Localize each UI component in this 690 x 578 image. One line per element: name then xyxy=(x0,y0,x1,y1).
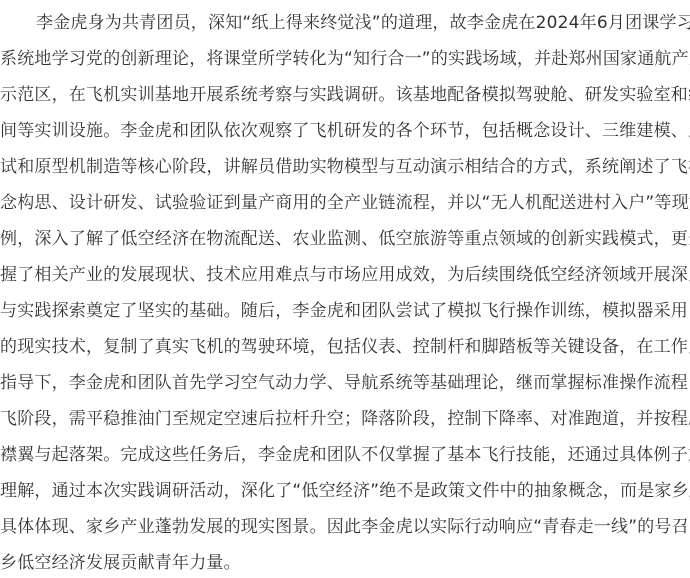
paragraph-line: 握了相关产业的发展现状、技术应用难点与市场应用成效，为后续围绕低空经济领域开展深… xyxy=(0,257,690,293)
paragraph-line: 试和原型机制造等核心阶段，讲解员借助实物模型与互动演示相结合的方式，系统阐述了飞… xyxy=(0,149,690,185)
paragraph-line: 念构思、设计研发、试验验证到量产商用的全产业链流程，并以“无人机配送进村入户”等… xyxy=(0,185,690,221)
article-body: 李金虎身为共青团员，深知“纸上得来终觉浅”的道理，故李金虎在2024年6月团课学… xyxy=(0,0,690,578)
paragraph-line: 与实践探索奠定了坚实的基础。随后，李金虎和团队尝试了模拟飞行操作训练，模拟器采用… xyxy=(0,293,690,329)
paragraph-line: 理解，通过本次实践调研活动，深化了“低空经济”绝不是政策文件中的抽象概念，而是家… xyxy=(0,473,690,509)
article-paragraph: 李金虎身为共青团员，深知“纸上得来终觉浅”的道理，故李金虎在2024年6月团课学… xyxy=(0,5,690,578)
paragraph-line: 飞阶段，需平稳推油门至规定空速后拉杆升空；降落阶段，控制下降率、对准跑道，并按程… xyxy=(0,401,690,437)
paragraph-line: 指导下，李金虎和团队首先学习空气动力学、导航系统等基础理论，继而掌握标准操作流程… xyxy=(0,365,690,401)
paragraph-line: 李金虎身为共青团员，深知“纸上得来终觉浅”的道理，故李金虎在2024年6月团课学… xyxy=(0,5,690,41)
paragraph-line: 系统地学习党的创新理论，将课堂所学转化为“知行合一”的实践场域，并赴郑州国家通航… xyxy=(0,41,690,77)
paragraph-line: 例，深入了解了低空经济在物流配送、农业监测、低空旅游等重点领域的创新实践模式，更… xyxy=(0,221,690,257)
paragraph-line: 具体体现、家乡产业蓬勃发展的现实图景。因此李金虎以实际行动响应“青春走一线”的号… xyxy=(0,509,690,545)
paragraph-line: 襟翼与起落架。完成这些任务后，李金虎和团队不仅掌握了基本飞行技能，还通过具体例子… xyxy=(0,437,690,473)
paragraph-line: 间等实训设施。李金虎和团队依次观察了飞机研发的各个环节，包括概念设计、三维建模、… xyxy=(0,113,690,149)
paragraph-line: 示范区，在飞机实训基地开展系统考察与实践调研。该基地配备模拟驾驶舱、研发实验室和… xyxy=(0,77,690,113)
paragraph-line: 乡低空经济发展贡献青年力量。 xyxy=(0,545,690,578)
paragraph-line: 的现实技术，复制了真实飞机的驾驶环境，包括仪表、控制杆和脚踏板等关键设备，在工作… xyxy=(0,329,690,365)
